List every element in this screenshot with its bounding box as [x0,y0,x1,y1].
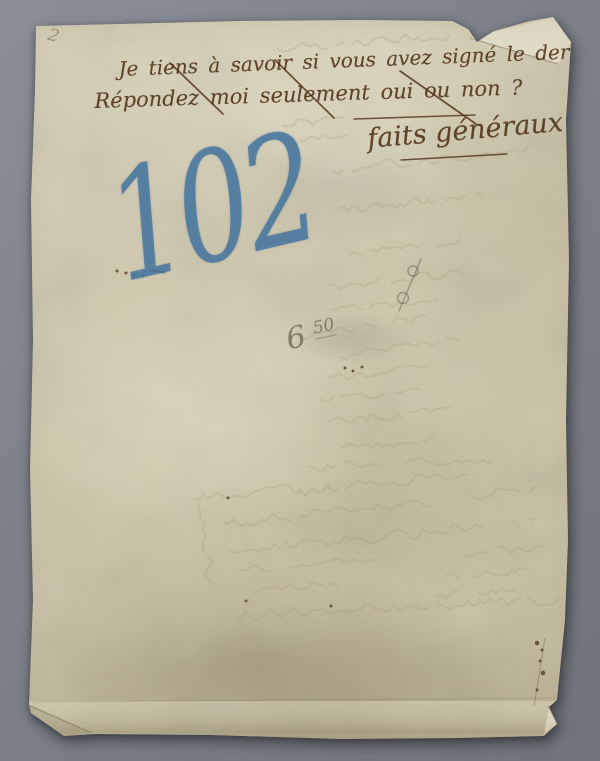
pencil-price-superscript: 50 [311,315,337,340]
ink-signature: faits généraux [366,107,564,155]
ink-note-line-1: Je tiens à savoir si vous avez signé le … [118,38,600,81]
blue-crayon-folio-number: 102 [92,100,331,317]
scanner-background: Je tiens à savoir si vous avez signé le … [0,0,600,761]
ink-note-line-2: Répondez moi seulement oui ou non ? [94,76,523,113]
manuscript-page: Je tiens à savoir si vous avez signé le … [0,0,600,761]
pencil-corner-mark: 2 [45,25,61,47]
pencil-price-mark: 6 50 [283,313,339,358]
bottom-fold-band [0,701,600,733]
pencil-permille-mark [398,259,422,311]
pencil-price-main: 6 [283,319,309,357]
paper-shadow-wrap: Je tiens à savoir si vous avez signé le … [0,0,600,761]
